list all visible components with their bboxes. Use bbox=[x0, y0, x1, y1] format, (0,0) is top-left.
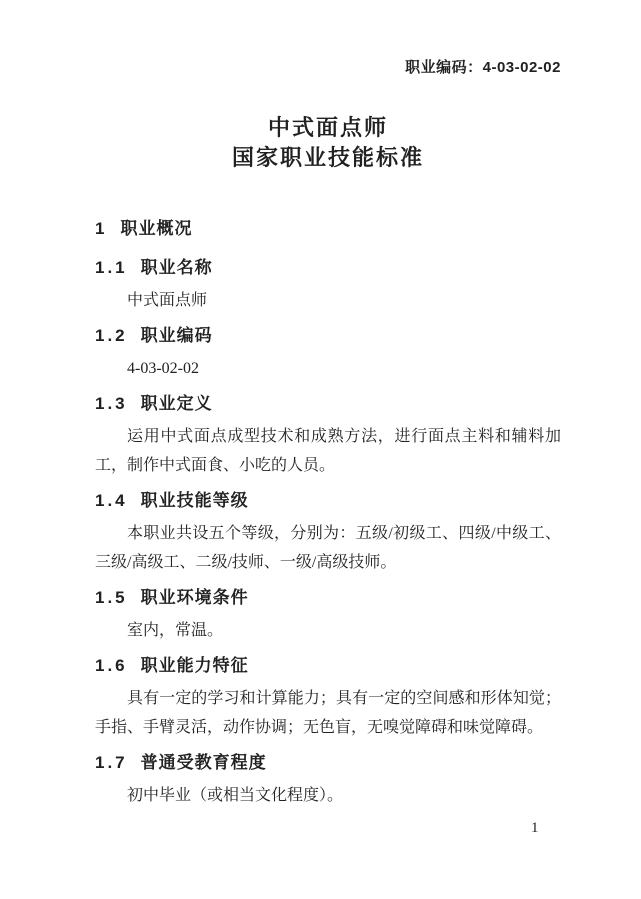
document-title: 中式面点师 国家职业技能标准 bbox=[95, 113, 561, 173]
section-number: 1 bbox=[95, 219, 107, 238]
occupation-code-header: 职业编码：4-03-02-02 bbox=[95, 0, 561, 78]
section-title: 职业名称 bbox=[141, 258, 213, 277]
section-heading: 1职业概况 bbox=[95, 218, 561, 240]
section-title: 职业定义 bbox=[141, 394, 213, 413]
section-title: 职业技能等级 bbox=[141, 491, 249, 510]
section-work-environment: 1.5职业环境条件 室内，常温。 bbox=[95, 587, 561, 645]
section-number: 1.2 bbox=[95, 326, 128, 345]
section-paragraph: 本职业共设五个等级，分别为：五级/初级工、四级/中级工、三级/高级工、二级/技师… bbox=[95, 519, 561, 577]
section-heading: 1.7普通受教育程度 bbox=[95, 752, 561, 774]
section-paragraph: 初中毕业（或相当文化程度）。 bbox=[95, 781, 561, 810]
section-ability-traits: 1.6职业能力特征 具有一定的学习和计算能力；具有一定的空间感和形体知觉；手指、… bbox=[95, 655, 561, 742]
section-heading: 1.2职业编码 bbox=[95, 325, 561, 347]
section-number: 1.5 bbox=[95, 588, 128, 607]
section-title: 职业概况 bbox=[120, 219, 192, 238]
section-heading: 1.5职业环境条件 bbox=[95, 587, 561, 609]
section-heading: 1.4职业技能等级 bbox=[95, 490, 561, 512]
section-number: 1.7 bbox=[95, 753, 128, 772]
section-occupation-definition: 1.3职业定义 运用中式面点成型技术和成熟方法，进行面点主料和辅料加工，制作中式… bbox=[95, 393, 561, 480]
section-paragraph: 具有一定的学习和计算能力；具有一定的空间感和形体知觉；手指、手臂灵活，动作协调；… bbox=[95, 684, 561, 742]
document-title-line2: 国家职业技能标准 bbox=[95, 143, 561, 173]
section-heading: 1.1职业名称 bbox=[95, 257, 561, 279]
section-education-level: 1.7普通受教育程度 初中毕业（或相当文化程度）。 bbox=[95, 752, 561, 810]
section-number: 1.6 bbox=[95, 656, 128, 675]
page-content: 职业编码：4-03-02-02 中式面点师 国家职业技能标准 1职业概况 1.1… bbox=[95, 0, 561, 810]
section-number: 1.3 bbox=[95, 394, 128, 413]
section-skill-levels: 1.4职业技能等级 本职业共设五个等级，分别为：五级/初级工、四级/中级工、三级… bbox=[95, 490, 561, 577]
section-number: 1.1 bbox=[95, 258, 128, 277]
section-paragraph: 4-03-02-02 bbox=[95, 354, 561, 383]
section-title: 职业能力特征 bbox=[141, 656, 249, 675]
document-page: 职业编码：4-03-02-02 中式面点师 国家职业技能标准 1职业概况 1.1… bbox=[0, 0, 641, 899]
section-title: 职业环境条件 bbox=[141, 588, 249, 607]
section-paragraph: 中式面点师 bbox=[95, 286, 561, 315]
section-occupation-code: 1.2职业编码 4-03-02-02 bbox=[95, 325, 561, 383]
section-title: 职业编码 bbox=[141, 326, 213, 345]
section-paragraph: 室内，常温。 bbox=[95, 616, 561, 645]
section-heading: 1.3职业定义 bbox=[95, 393, 561, 415]
section-number: 1.4 bbox=[95, 491, 128, 510]
section-paragraph: 运用中式面点成型技术和成熟方法，进行面点主料和辅料加工，制作中式面食、小吃的人员… bbox=[95, 422, 561, 480]
document-title-line1: 中式面点师 bbox=[95, 113, 561, 143]
section-title: 普通受教育程度 bbox=[141, 753, 267, 772]
section-occupation-name: 1.1职业名称 中式面点师 bbox=[95, 257, 561, 315]
page-number: 1 bbox=[531, 818, 539, 838]
section-occupation-overview: 1职业概况 bbox=[95, 218, 561, 240]
section-heading: 1.6职业能力特征 bbox=[95, 655, 561, 677]
